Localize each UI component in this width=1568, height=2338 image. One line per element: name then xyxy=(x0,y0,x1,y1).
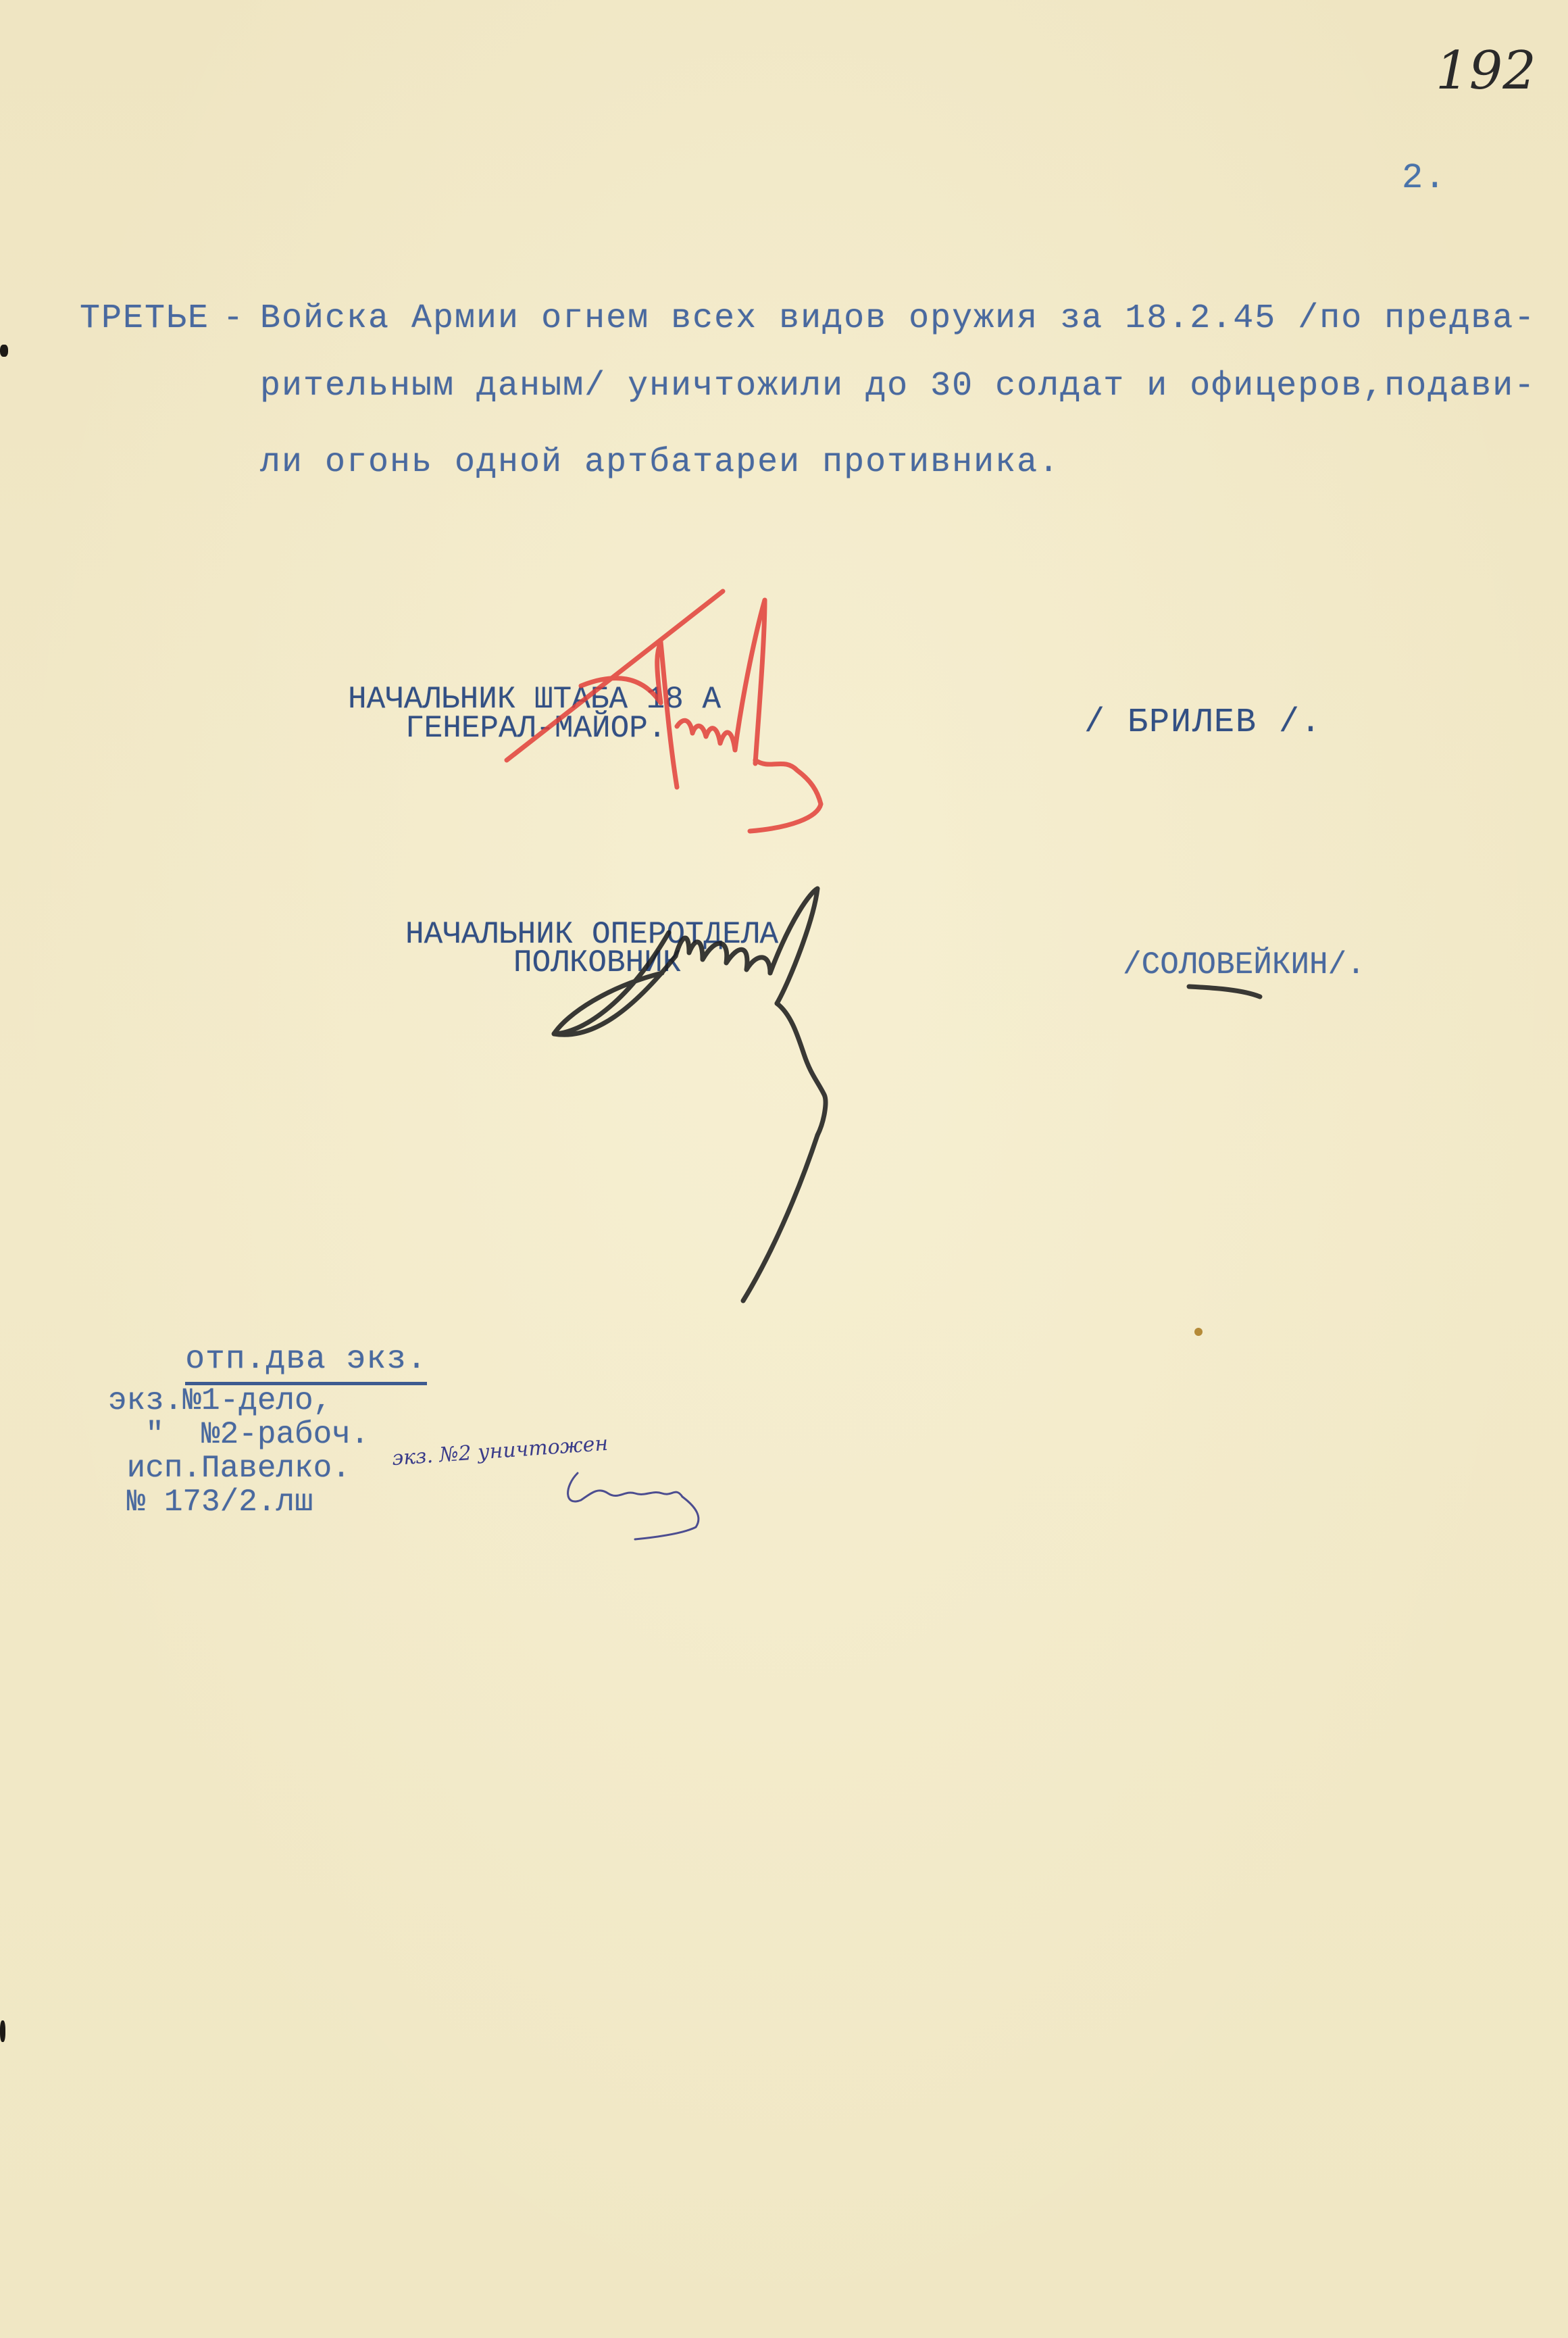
red-pencil-signature-icon xyxy=(500,588,1108,831)
distribution-line-2: " №2-рабоч. xyxy=(108,1419,369,1450)
paragraph-line-3: ли огонь одной артбатареи противника. xyxy=(260,446,1060,480)
stain-dot xyxy=(1194,1328,1203,1336)
distribution-heading-text: отп.два экз. xyxy=(185,1341,427,1385)
left-edge-mark xyxy=(0,345,8,357)
paragraph-label: ТРЕТЬЕ xyxy=(80,302,209,336)
ink-initials-signature-icon xyxy=(561,1460,723,1541)
pencil-signature-icon xyxy=(473,878,1284,1318)
signatory-name-1: / БРИЛЕВ /. xyxy=(1084,706,1322,740)
page-number: 2. xyxy=(1402,161,1446,196)
distribution-line-3: исп.Павелко. xyxy=(108,1453,351,1484)
paragraph-dash: - xyxy=(223,302,245,336)
distribution-line-4: № 173/2.лш xyxy=(108,1487,313,1518)
paragraph-line-2: рительным даным/ уничтожили до 30 солдат… xyxy=(260,370,1536,403)
distribution-line-1: экз.№1-дело, xyxy=(108,1385,332,1416)
paragraph-line-1: Войска Армии огнем всех видов оружия за … xyxy=(260,302,1536,336)
archive-folio-number: 192 xyxy=(1436,41,1536,101)
left-edge-mark xyxy=(0,2020,5,2042)
